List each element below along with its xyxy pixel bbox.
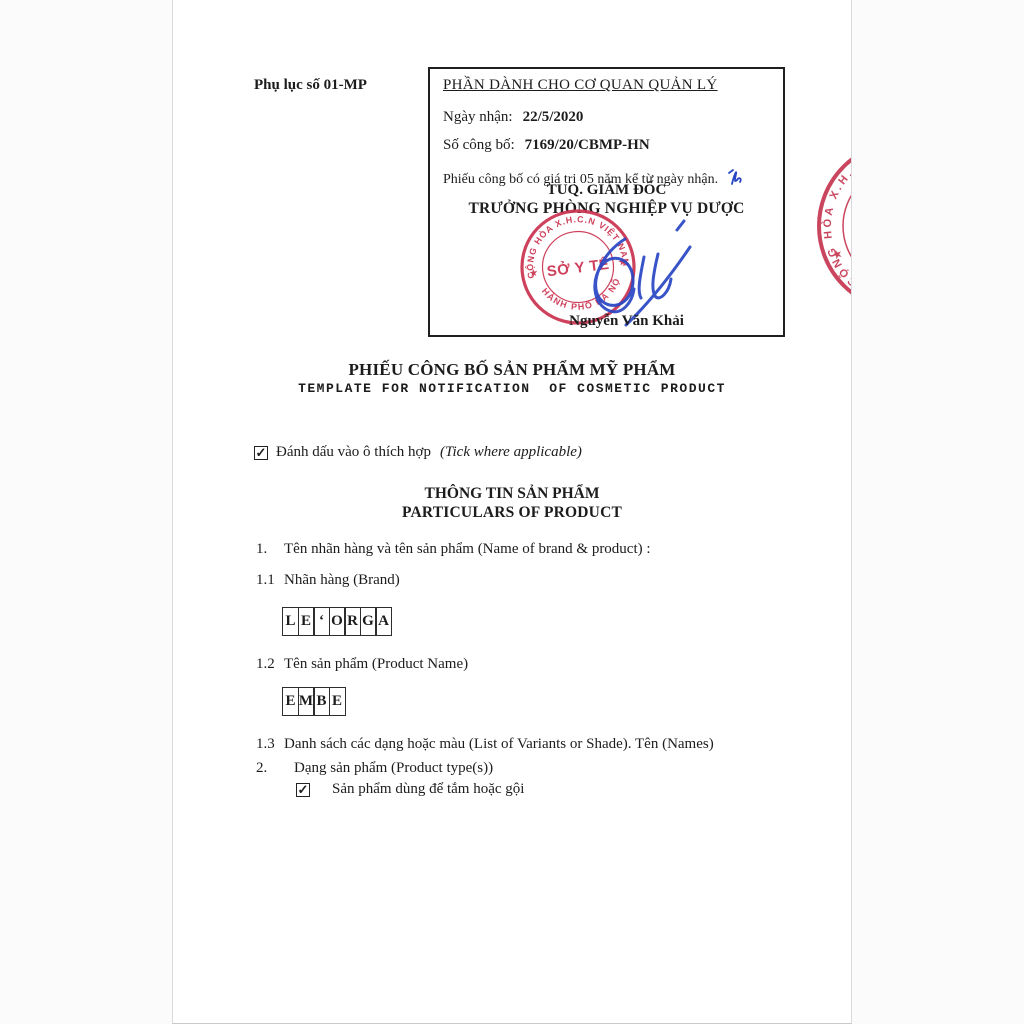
document-title-en: TEMPLATE FOR NOTIFICATION OF COSMETIC PR… bbox=[173, 381, 851, 396]
received-date-row: Ngày nhận:22/5/2020 bbox=[443, 109, 583, 126]
brand-letter-cell: E bbox=[298, 607, 315, 636]
product-letter-cell: E bbox=[282, 687, 299, 716]
product-type-option-text: Sản phẩm dùng để tắm hoặc gội bbox=[332, 781, 524, 798]
item-1-1-text: Nhãn hàng (Brand) bbox=[284, 572, 400, 589]
product-type-checkbox: ✓ bbox=[296, 783, 310, 797]
appendix-label: Phụ lục số 01-MP bbox=[254, 77, 367, 94]
item-2-text: Dạng sản phẩm (Product type(s)) bbox=[294, 760, 493, 777]
section-title-vi: THÔNG TIN SẢN PHẨM bbox=[173, 485, 851, 503]
product-letter-cell: E bbox=[329, 687, 346, 716]
notification-number-value: 7169/20/CBMP-HN bbox=[525, 137, 650, 153]
brand-letter-cell: A bbox=[375, 607, 392, 636]
brand-letter-cell: O bbox=[329, 607, 346, 636]
item-1-1-number: 1.1 bbox=[256, 572, 275, 589]
document-title-vi: PHIẾU CÔNG BỐ SẢN PHẨM MỸ PHẨM bbox=[173, 360, 851, 380]
product-type-option-row: ✓ Sản phẩm dùng để tắm hoặc gội bbox=[296, 781, 524, 798]
tick-note-checkbox: ✓ bbox=[254, 446, 268, 460]
brand-letter-cell: R bbox=[344, 607, 361, 636]
item-1-2-text: Tên sản phẩm (Product Name) bbox=[284, 656, 468, 673]
tick-note-text-vi: Đánh dấu vào ô thích hợp bbox=[276, 444, 431, 461]
product-letter-boxes: E M B E bbox=[282, 687, 346, 716]
notification-number-row: Số công bố:7169/20/CBMP-HN bbox=[443, 137, 650, 154]
document-page: Phụ lục số 01-MP PHẦN DÀNH CHO CƠ QUAN Q… bbox=[172, 0, 852, 1024]
item-1-2-number: 1.2 bbox=[256, 656, 275, 673]
check-icon: ✓ bbox=[298, 782, 309, 797]
item-2-number: 2. bbox=[256, 760, 267, 777]
brand-letter-boxes: L E ‘ O R G A bbox=[282, 607, 392, 636]
product-letter-cell: B bbox=[313, 687, 330, 716]
item-1-number: 1. bbox=[256, 541, 267, 558]
notification-number-label: Số công bố: bbox=[443, 137, 515, 153]
product-letter-cell: M bbox=[298, 687, 315, 716]
item-1-3-number: 1.3 bbox=[256, 736, 275, 753]
authority-box-title: PHẦN DÀNH CHO CƠ QUAN QUẢN LÝ bbox=[443, 77, 718, 94]
received-date-value: 22/5/2020 bbox=[523, 109, 584, 125]
authority-section-box: PHẦN DÀNH CHO CƠ QUAN QUẢN LÝ Ngày nhận:… bbox=[428, 67, 785, 337]
edge-partial-stamp: CỘNG HÒA X.H.C.N VIỆT NAM ★ bbox=[813, 138, 852, 318]
item-1-text: Tên nhãn hàng và tên sản phẩm (Name of b… bbox=[284, 541, 651, 558]
brand-letter-cell: L bbox=[282, 607, 299, 636]
received-date-label: Ngày nhận: bbox=[443, 109, 513, 125]
item-1-3-text: Danh sách các dạng hoặc màu (List of Var… bbox=[284, 736, 714, 753]
brand-letter-cell: G bbox=[360, 607, 377, 636]
tick-note-row: ✓ Đánh dấu vào ô thích hợp (Tick where a… bbox=[254, 444, 582, 461]
section-title-en: PARTICULARS OF PRODUCT bbox=[173, 504, 851, 522]
tick-note-text-en: (Tick where applicable) bbox=[440, 444, 582, 461]
check-icon: ✓ bbox=[256, 445, 267, 460]
brand-letter-cell: ‘ bbox=[313, 607, 330, 636]
signer-name: Nguyễn Văn Khải bbox=[470, 313, 783, 330]
